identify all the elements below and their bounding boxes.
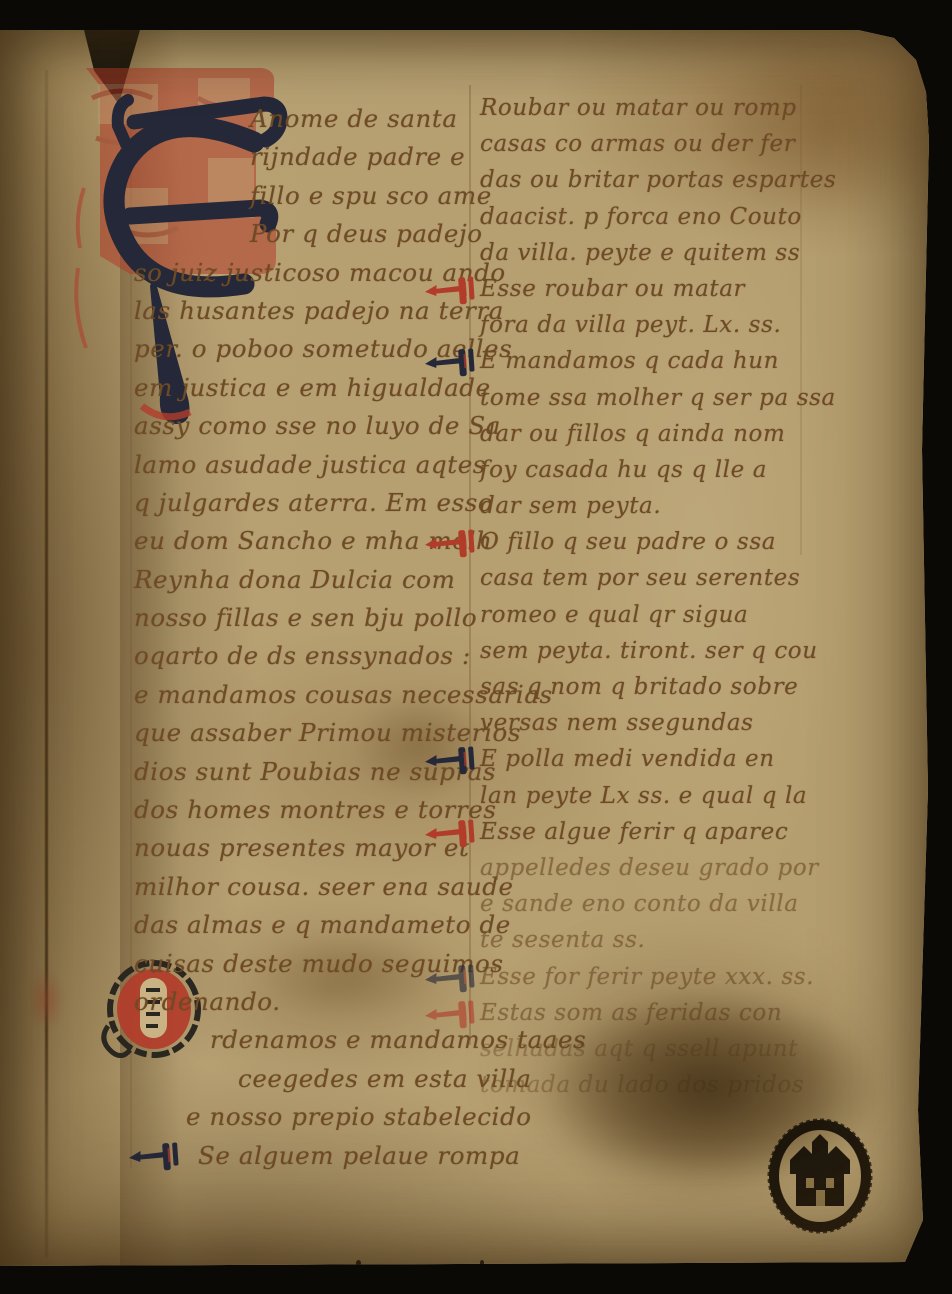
paragraph-mark bbox=[423, 744, 479, 780]
text-line: milhor cousa. seer ena saude bbox=[134, 868, 476, 906]
line-text: lan peyte Lx ss. e qual q la bbox=[480, 783, 807, 809]
line-text: nouas presentes mayor et bbox=[134, 833, 469, 862]
line-text: e sande eno conto da villa bbox=[480, 891, 799, 917]
line-text: e nosso prepio stabelecido bbox=[186, 1102, 532, 1131]
text-line: tomada du lado dos pridos bbox=[480, 1067, 816, 1103]
text-line: rijndade padre e bbox=[134, 138, 476, 176]
line-text: foy casada hu qs q lle a bbox=[480, 457, 767, 483]
text-line: Reynha dona Dulcia com bbox=[134, 561, 476, 599]
line-text: Esse roubar ou matar bbox=[480, 276, 745, 302]
line-text: nosso fillas e sen bju pollo bbox=[134, 603, 477, 632]
line-text: versas nem ssegundas bbox=[480, 710, 754, 736]
manuscript-photo: Anome de santarijndade padre efillo e sp… bbox=[0, 0, 952, 1294]
line-text: rijndade padre e bbox=[250, 142, 465, 171]
text-line: O fillo q seu padre o ssa bbox=[480, 524, 816, 560]
text-column-right: Roubar ou matar ou rompcasas co armas ou… bbox=[480, 90, 816, 1103]
text-line: das almas e q mandameto de bbox=[134, 906, 476, 944]
manuscript-page: Anome de santarijndade padre efillo e sp… bbox=[0, 30, 932, 1268]
line-text: casa tem por seu serentes bbox=[480, 565, 800, 591]
text-line: Por q deus padejo bbox=[134, 215, 476, 253]
library-stamp-icon bbox=[760, 1118, 884, 1238]
line-text: daacist. p forca eno Couto bbox=[480, 204, 802, 230]
gutter-crease bbox=[45, 70, 48, 1258]
paragraph-mark-icon bbox=[423, 961, 479, 997]
paragraph-mark bbox=[423, 997, 479, 1033]
text-line: selhadas aqt q ssell apunt bbox=[480, 1031, 816, 1067]
text-line: casas co armas ou der fer bbox=[480, 126, 816, 162]
line-text: appelledes deseu grado por bbox=[480, 855, 819, 881]
line-text: selhadas aqt q ssell apunt bbox=[480, 1036, 798, 1062]
text-line: e mandamos cousas necessarias bbox=[134, 676, 476, 714]
paragraph-mark-icon bbox=[423, 273, 479, 309]
paragraph-mark-icon bbox=[127, 1139, 183, 1175]
line-text: fillo e spu sco ame bbox=[250, 181, 492, 210]
line-text: fora da villa peyt. Lx. ss. bbox=[480, 312, 781, 338]
paragraph-mark-icon bbox=[423, 526, 479, 562]
paragraph-mark bbox=[423, 816, 479, 852]
paragraph-mark-icon bbox=[423, 744, 479, 780]
line-text: E polla medi vendida en bbox=[480, 746, 775, 772]
line-text: Reynha dona Dulcia com bbox=[134, 565, 455, 594]
line-text: Anome de santa bbox=[250, 104, 458, 133]
text-line: foy casada hu qs q lle a bbox=[480, 452, 816, 488]
text-line: sas q nom q britado sobre bbox=[480, 669, 816, 705]
line-text: Roubar ou matar ou romp bbox=[480, 95, 797, 121]
text-line: e sande eno conto da villa bbox=[480, 886, 816, 922]
text-line: E polla medi vendida en bbox=[480, 741, 816, 777]
text-line: appelledes deseu grado por bbox=[480, 850, 816, 886]
text-line: oqarto de ds enssynados : bbox=[134, 637, 476, 675]
paragraph-mark bbox=[423, 345, 479, 381]
text-line: ceegedes em esta villa bbox=[134, 1060, 476, 1098]
text-line: fillo e spu sco ame bbox=[134, 177, 476, 215]
line-text: lamo asudade justica aqtes bbox=[134, 450, 486, 479]
text-line: dar sem peyta. bbox=[480, 488, 816, 524]
line-text: dar sem peyta. bbox=[480, 493, 661, 519]
line-text: das almas e q mandameto de bbox=[134, 910, 511, 939]
text-line: Roubar ou matar ou romp bbox=[480, 90, 816, 126]
line-text: Por q deus padejo bbox=[250, 219, 483, 248]
line-text: E mandamos q cada hun bbox=[480, 348, 779, 374]
text-line: lan peyte Lx ss. e qual q la bbox=[480, 778, 816, 814]
line-text: Se alguem pelaue rompa bbox=[198, 1141, 520, 1170]
paragraph-mark-icon bbox=[423, 997, 479, 1033]
line-text: q julgardes aterra. Em esso bbox=[134, 488, 493, 517]
speck bbox=[480, 1260, 484, 1266]
paragraph-mark bbox=[127, 1139, 183, 1175]
line-text: sas q nom q britado sobre bbox=[480, 674, 798, 700]
paragraph-mark bbox=[423, 273, 479, 309]
text-line: Se alguem pelaue rompa bbox=[134, 1137, 476, 1175]
text-line: Anome de santa bbox=[134, 100, 476, 138]
line-text: da villa. peyte e quitem ss bbox=[480, 240, 800, 266]
paragraph-mark bbox=[423, 526, 479, 562]
text-line: e nosso prepio stabelecido bbox=[134, 1098, 476, 1136]
speck bbox=[356, 1260, 361, 1266]
line-text: dar ou fillos q ainda nom bbox=[480, 421, 785, 447]
text-line: Estas som as feridas con bbox=[480, 995, 816, 1031]
line-text: romeo e qual qr sigua bbox=[480, 602, 748, 628]
text-line: romeo e qual qr sigua bbox=[480, 597, 816, 633]
text-line: te sesenta ss. bbox=[480, 922, 816, 958]
paragraph-mark-icon bbox=[423, 345, 479, 381]
text-line: daacist. p forca eno Couto bbox=[480, 199, 816, 235]
text-line: q julgardes aterra. Em esso bbox=[134, 484, 476, 522]
text-line: das ou britar portas espartes bbox=[480, 162, 816, 198]
text-line: fora da villa peyt. Lx. ss. bbox=[480, 307, 816, 343]
line-text: das ou britar portas espartes bbox=[480, 167, 836, 193]
text-line: casa tem por seu serentes bbox=[480, 560, 816, 596]
line-text: Estas som as feridas con bbox=[480, 1000, 782, 1026]
line-text: assy como sse no luyo de Sa bbox=[134, 411, 501, 440]
text-line: assy como sse no luyo de Sa bbox=[134, 407, 476, 445]
text-line: versas nem ssegundas bbox=[480, 705, 816, 741]
text-line: Esse for ferir peyte xxx. ss. bbox=[480, 959, 816, 995]
text-line: E mandamos q cada hun bbox=[480, 343, 816, 379]
line-text: que assaber Primou misterios bbox=[134, 718, 521, 747]
line-text: Esse algue ferir q aparec bbox=[480, 819, 788, 845]
line-text: tomada du lado dos pridos bbox=[480, 1072, 804, 1098]
text-line: Esse roubar ou matar bbox=[480, 271, 816, 307]
line-text: milhor cousa. seer ena saude bbox=[134, 872, 514, 901]
line-text: casas co armas ou der fer bbox=[480, 131, 795, 157]
line-text: sem peyta. tiront. ser q cou bbox=[480, 638, 818, 664]
text-line: nosso fillas e sen bju pollo bbox=[134, 599, 476, 637]
line-text: O fillo q seu padre o ssa bbox=[480, 529, 776, 555]
line-text: Esse for ferir peyte xxx. ss. bbox=[480, 964, 814, 990]
text-line: tome ssa molher q ser pa ssa bbox=[480, 380, 816, 416]
line-text: ordenando. bbox=[134, 987, 281, 1016]
text-line: sem peyta. tiront. ser q cou bbox=[480, 633, 816, 669]
text-line: Esse algue ferir q aparec bbox=[480, 814, 816, 850]
text-line: dar ou fillos q ainda nom bbox=[480, 416, 816, 452]
line-text: tome ssa molher q ser pa ssa bbox=[480, 385, 836, 411]
line-text: te sesenta ss. bbox=[480, 927, 645, 953]
text-line: lamo asudade justica aqtes bbox=[134, 446, 476, 484]
paragraph-mark bbox=[423, 961, 479, 997]
line-text: oqarto de ds enssynados : bbox=[134, 641, 471, 670]
text-line: da villa. peyte e quitem ss bbox=[480, 235, 816, 271]
paragraph-mark-icon bbox=[423, 816, 479, 852]
